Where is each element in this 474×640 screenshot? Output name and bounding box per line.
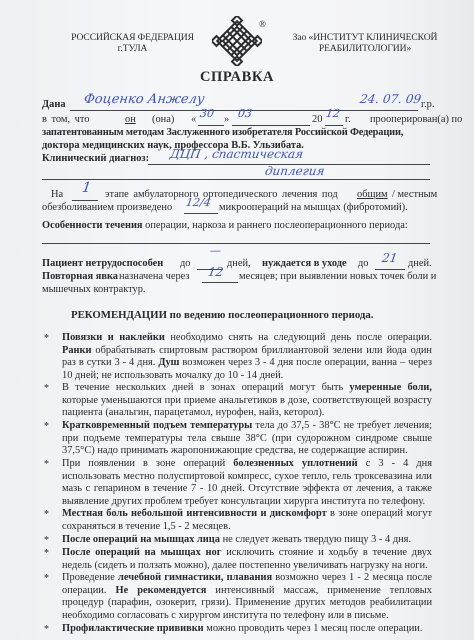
patient-name-handwritten: Фоценко Анжелу [83,92,205,107]
bullet-icon: * [44,548,49,559]
revisit-label: Повторная явка [42,271,118,283]
course-text: операции, наркоза и раннего послеопераци… [143,220,408,231]
recommendation-item-4: При появлении в зоне операций болезненны… [62,458,432,508]
diagnosis-line-2 [42,179,430,180]
care-label: нуждается в уходе [262,258,347,270]
year-suffix: г. [345,114,351,126]
item-bold: Повязки и наклейки [62,332,165,343]
bullet-icon: * [44,459,49,470]
care-until: до [358,258,368,270]
bullet-icon: * [44,509,49,520]
header-left: РОССИЙСКАЯ ФЕДЕРАЦИЯ г.ТУЛА [70,32,195,54]
recommendation-item-3: Кратковременный подъем температуры тела … [62,420,432,458]
document-title: СПРАВКА [0,69,474,86]
care-value-handwritten: 21 [381,251,398,265]
stage-prefix: На [51,189,63,201]
anesthesia-local: / местным [392,189,437,201]
revisit-suffix: месяцев; при выявлении новых точек боли … [239,271,436,283]
year-prefix: 20 [312,114,322,126]
year-line [325,125,343,126]
item-text: В течение нескольких дней в зонах операц… [62,382,349,393]
item-bold: умеренные боли, [349,382,432,393]
header-right: Зао «ИНСТИТУТ КЛИНИЧЕСКОЙ РЕАБИЛИТОЛОГИИ… [290,32,440,54]
disabled-label: Пациент нетрудоспособен [42,258,163,270]
disabled-until: до [180,258,190,270]
bullet-icon: * [44,573,49,584]
bullet-icon: * [44,333,49,344]
item-bold: лечебной гимнастики, плавания [118,572,272,583]
month-handwritten: 03 [237,107,253,120]
days-label-2: дней. [408,258,432,270]
given-label: Дана [42,99,66,111]
item-text: которые уменьшаются при приеме анальгети… [62,395,432,419]
disabled-value-handwritten: — [209,244,222,257]
recommendation-item-6: После операций на мышцах лица не следует… [62,534,432,547]
country-label: РОССИЙСКАЯ ФЕДЕРАЦИЯ [70,32,195,43]
recommendation-item-5: Местная боль небольшой интенсивности и д… [62,508,432,533]
care-line [375,269,405,270]
recommendation-item-8: Проведение лечебной гимнастики, плавания… [62,572,432,622]
diagnosis-handwritten-2: диплегия [264,164,326,178]
anesthesia-line-suffix: микроопераций на мышцах (фибротомий). [219,202,408,214]
revisit-text: назначена через [119,271,190,283]
anesthesia-general: общим [357,189,388,201]
birth-suffix: г.р. [421,99,434,111]
institute-name-line2: РЕАБИЛИТОЛОГИИ» [290,43,440,54]
item-bold: Кратковременный подъем температуры [62,420,252,431]
recommendation-item-9: Профилактические прививки можно проводит… [62,623,432,636]
item-bold: Душ [158,357,179,368]
patented-methods-line: запатентованным методам Заслуженного изо… [42,127,403,139]
heading-rest: по ведению послеоперационного периода. [167,309,374,321]
item-bold: После операций на мышцах ног [62,547,221,558]
bullet-icon: * [44,624,49,635]
gender-she: (она) [152,114,174,126]
gender-he: он [125,114,136,126]
line2-prefix: в том, что [42,114,90,126]
registered-mark: ® [259,19,266,29]
item-text: необходимо снять на следующий день после… [165,332,432,343]
diagnosis-label: Клинический диагноз: [42,153,149,165]
course-label: Особенности течения [42,220,143,231]
item-text: не следует жевать твердую пищу 3 - 4 дня… [220,534,411,545]
recommendation-item-1: Повязки и наклейки необходимо снять на с… [62,332,432,382]
quote-close: » [224,114,229,126]
item-bold: Местная боль небольшой интенсивности и д… [62,508,327,519]
document-page: РОССИЙСКАЯ ФЕДЕРАЦИЯ г.ТУЛА ® Зао «ИНСТИ… [0,0,474,640]
stage-line [72,200,98,201]
recommendations-heading: РЕКОМЕНДАЦИИ по ведению послеоперационно… [71,309,374,321]
institute-name-line1: Зао «ИНСТИТУТ КЛИНИЧЕСКОЙ [290,32,440,43]
item-text: При появлении в зоне операций [62,458,233,469]
item-text: можно проводить через 1 месяц после опер… [204,623,423,634]
month-line [232,125,310,126]
bullet-icon: * [44,421,49,432]
revisit-line [202,282,238,283]
anesthesia-line-prefix: обезболиванием произведено [42,202,172,214]
recommendation-item-2: В течение нескольких дней в зонах операц… [62,382,432,420]
stage-handwritten: 1 [81,180,92,196]
operations-count-handwritten: 12/4 [185,196,212,209]
days-label-1: дней, [227,258,251,270]
quote-open: « [191,114,196,126]
revisit-line-2: мышечных контрактур. [42,284,146,296]
revisit-value-handwritten: 12 [207,265,224,279]
endless-knot-icon [212,16,262,66]
course-value-line [42,243,430,244]
bullet-icon: * [44,535,49,546]
operations-count-line [184,213,218,214]
item-bold: Ранки [62,345,92,356]
item-bold: болезненных уплотнений [233,458,357,469]
item-text: Проведение [62,572,118,583]
item-bold: Не рекомендуется [116,585,207,596]
stage-text: этапе амбулаторного ортопедического лече… [105,189,338,201]
heading-bold: РЕКОМЕНДАЦИИ [71,309,167,321]
diagnosis-handwritten-1: ДЦП , спастическая [169,147,304,161]
city-label: г.ТУЛА [70,43,195,54]
bullet-icon: * [44,383,49,394]
operated-text: прооперирован(а) по [370,114,462,126]
birth-date-handwritten: 24. 07. 09 [359,92,422,106]
day-line [198,125,224,126]
day-handwritten: 30 [199,107,215,120]
course-line: Особенности течения операции, наркоза и … [42,220,408,232]
recommendation-item-7: После операций на мышцах ног исключить с… [62,547,432,572]
item-bold: После операций на мышцах лица [62,534,220,545]
item-bold: Профилактические прививки [62,623,204,634]
year-handwritten: 12 [325,107,341,120]
